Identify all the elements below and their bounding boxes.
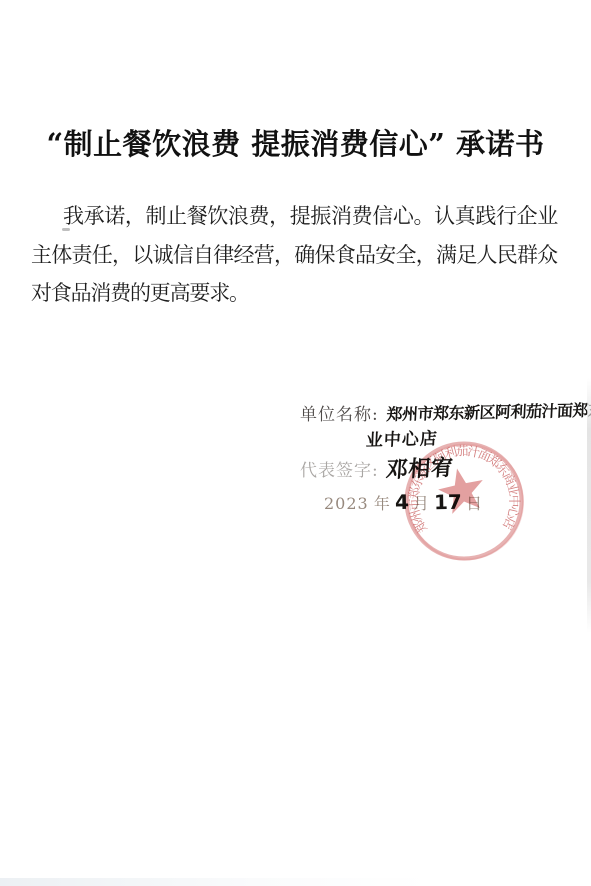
date-day-handwritten: 17 <box>434 490 462 514</box>
representative-signature-handwritten: 邓相宥 <box>385 451 455 484</box>
unit-name-row: 单位名称: 郑州市郑东新区阿利茄汁面郑东商 <box>300 400 591 425</box>
scan-edge-artifact <box>587 378 591 633</box>
date-year: 2023 <box>324 494 369 513</box>
date-day-unit: 日 <box>466 494 483 513</box>
date-month-unit: 月 <box>413 494 430 513</box>
unit-name-handwritten-line1: 郑州市郑东新区阿利茄汁面郑东商 <box>386 397 591 425</box>
signature-block: 单位名称: 郑州市郑东新区阿利茄汁面郑东商 业中心店 代表签字: 邓相宥 202… <box>300 392 591 532</box>
representative-row: 代表签字: 邓相宥 <box>300 452 453 483</box>
scanned-commitment-letter: “制止餐饮浪费 提振消费信心” 承诺书 我承诺，制止餐饮浪费，提振消费信心。认真… <box>0 0 591 886</box>
unit-name-handwritten-line2: 业中心店 <box>365 424 438 451</box>
representative-label: 代表签字: <box>300 461 379 481</box>
scan-noise-mark <box>62 228 70 231</box>
date-year-unit: 年 <box>374 494 391 513</box>
unit-name-row2: 业中心店 <box>366 425 438 450</box>
date-month-handwritten: 4 <box>395 490 409 514</box>
date-line: 2023 年 4 月 17 日 <box>324 490 483 514</box>
page-title: “制止餐饮浪费 提振消费信心” 承诺书 <box>0 122 591 163</box>
scan-bottom-artifact <box>0 878 430 886</box>
body-paragraph: 我承诺，制止餐饮浪费，提振消费信心。认真践行企业主体责任，以诚信自律经营，确保食… <box>31 197 557 313</box>
unit-name-label: 单位名称: <box>300 405 379 425</box>
